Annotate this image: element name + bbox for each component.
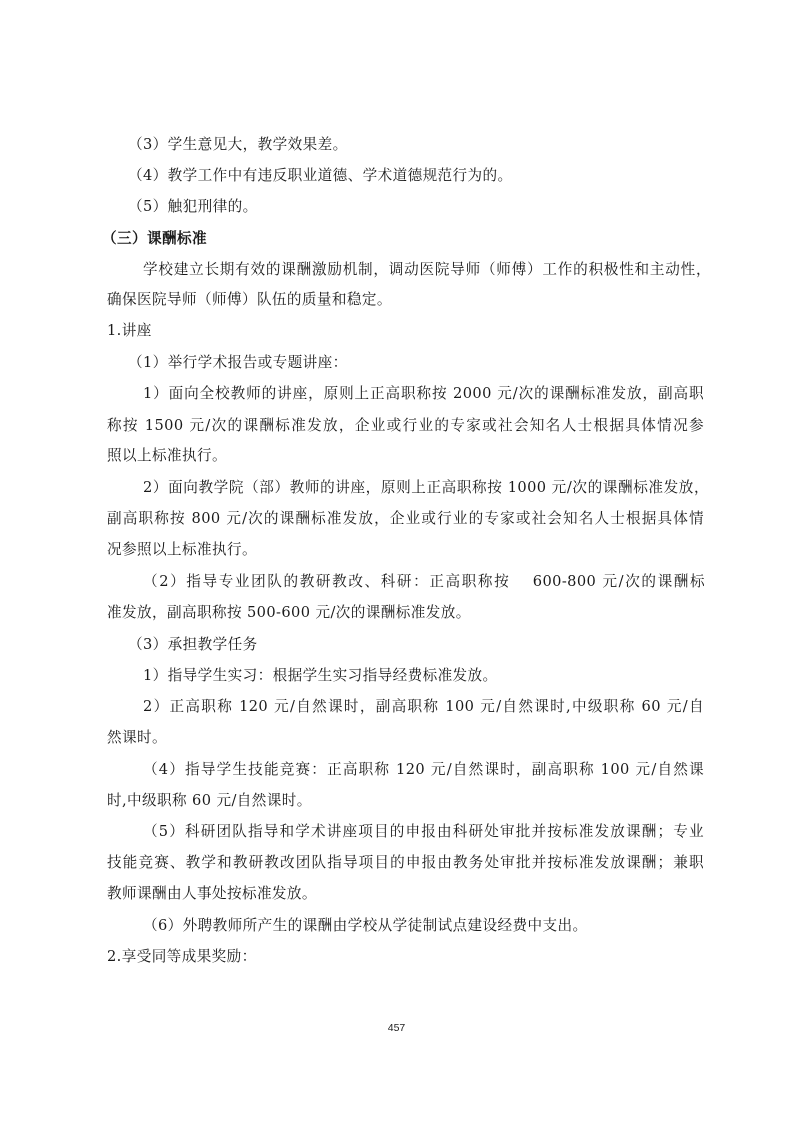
list-item: （1）举行学术报告或专题讲座： (128, 353, 348, 373)
list-item: （3）承担教学任务 (128, 635, 258, 655)
paragraph-line: 副高职称按 800 元/次的课酬标准发放，企业或行业的专家或社会知名人士根据具体… (107, 509, 704, 529)
paragraph-line: 况参照以上标准执行。 (107, 540, 257, 560)
paragraph-line: 称按 1500 元/次的课酬标准发放，企业或行业的专家或社会知名人士根据具体情况… (107, 416, 704, 436)
paragraph-line: 准发放，副高职称按 500-600 元/次的课酬标准发放。 (107, 603, 471, 623)
paragraph-line: 时,中级职称 60 元/自然课时。 (107, 791, 312, 811)
paragraph-line: 照以上标准执行。 (107, 446, 227, 466)
list-item-5: （5）触犯刑律的。 (128, 197, 258, 217)
paragraph-line: 2）面向教学院（部）教师的讲座，原则上正高职称按 1000 元/次的课酬标准发放… (143, 478, 709, 498)
paragraph-line: 技能竞赛、教学和教研教改团队指导项目的申报由教务处审批并按标准发放课酬；兼职 (107, 853, 704, 873)
subsection-title: 1.讲座 (107, 321, 152, 341)
paragraph-line: （5）科研团队指导和学术讲座项目的申报由科研处审批并按标准发放课酬；专业 (143, 822, 704, 842)
page-number: 457 (0, 1022, 793, 1034)
paragraph-line: 1）指导学生实习：根据学生实习指导经费标准发放。 (143, 666, 498, 686)
list-item-3: （3）学生意见大，教学效果差。 (128, 135, 348, 155)
paragraph-line: （2）指导专业团队的教研教改、科研：正高职称按 600-800 元/次的课酬标 (143, 572, 705, 592)
paragraph-line: 然课时。 (107, 728, 167, 748)
paragraph-line: 1）面向全校教师的讲座，原则上正高职称按 2000 元/次的课酬标准发放，副高职 (143, 384, 704, 404)
paragraph-line: 确保医院导师（师傅）队伍的质量和稳定。 (107, 290, 392, 310)
section-heading: （三）课酬标准 (102, 229, 207, 249)
paragraph-line: （6）外聘教师所产生的课酬由学校从学徒制试点建设经费中支出。 (143, 916, 588, 936)
paragraph-line: 2）正高职称 120 元/自然课时，副高职称 100 元/自然课时,中级职称 6… (143, 697, 704, 717)
subsection-title: 2.享受同等成果奖励： (107, 947, 257, 967)
paragraph-line: 教师课酬由人事处按标准发放。 (107, 884, 317, 904)
paragraph-line: （4）指导学生技能竞赛：正高职称 120 元/自然课时，副高职称 100 元/自… (143, 760, 704, 780)
paragraph-line: 学校建立长期有效的课酬激励机制，调动医院导师（师傅）工作的积极性和主动性， (143, 260, 711, 280)
list-item-4: （4）教学工作中有违反职业道德、学术道德规范行为的。 (128, 166, 513, 186)
